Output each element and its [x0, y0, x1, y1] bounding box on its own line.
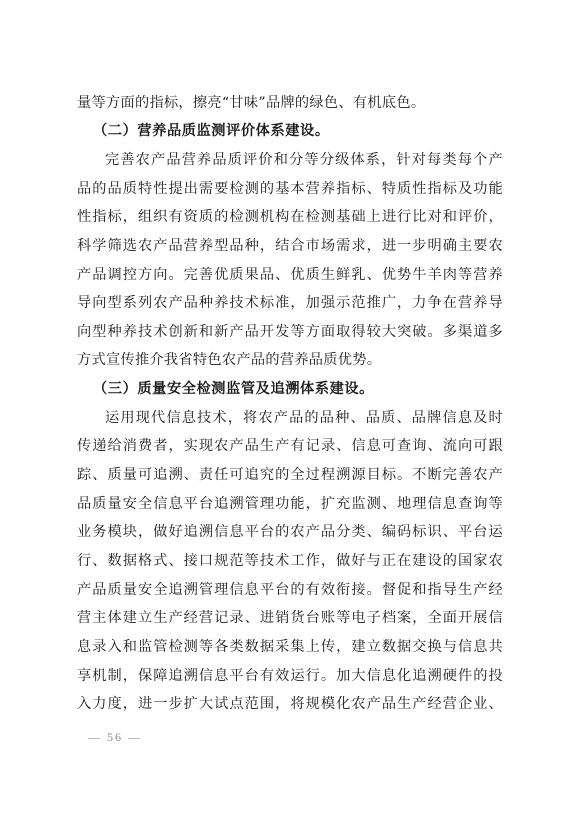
document-page: 量等方面的指标，擦亮“甘味”品牌的绿色、有机底色。 （二）营养品质监测评价体系建…	[0, 0, 578, 818]
text-line: 行、数据格式、接口规范等技术工作，做好与正在建设的国家农	[77, 550, 503, 572]
page-number: — 56 —	[88, 730, 142, 745]
text-line: 产品质量安全追溯管理信息平台的有效衔接。督促和指导生产经	[77, 579, 503, 601]
text-line: 科学筛选农产品营养型品种，结合市场需求，进一步明确主要农	[77, 235, 503, 257]
text-line: 享机制，保障追溯信息平台有效运行。加大信息化追溯硬件的投	[77, 665, 503, 687]
text-line: 导向型系列农产品种养技术标准，加强示范推广，力争在营养导	[77, 292, 503, 314]
text-line: 传递给消费者，实现农产品生产有记录、信息可查询、流向可跟	[77, 435, 503, 457]
text-line: 性指标，组织有资质的检测机构在检测基础上进行比对和评价，	[77, 206, 503, 228]
text-line: 营主体建立生产经营记录、进销货台账等电子档案，全面开展信	[77, 607, 503, 629]
paragraph-first-line: 完善农产品营养品质评价和分等分级体系，针对每类每个产	[105, 149, 503, 171]
paragraph-first-line: 运用现代信息技术，将农产品的品种、品质、品牌信息及时	[105, 407, 503, 429]
text-line: 品质量安全信息平台追溯管理功能，扩充监测、地理信息查询等	[77, 493, 503, 515]
text-line: 入力度，进一步扩大试点范围，将规模化农产品生产经营企业、	[77, 693, 503, 715]
text-line: 业务模块，做好追溯信息平台的农产品分类、编码标识、平台运	[77, 521, 503, 543]
section-heading-nutrition-quality: （二）营养品质监测评价体系建设。	[93, 120, 330, 142]
text-line: 向型种养技术创新和新产品开发等方面取得较大突破。多渠道多	[77, 321, 503, 343]
text-line: 方式宣传推介我省特色农产品的营养品质优势。	[77, 349, 503, 371]
text-line: 踪、质量可追溯、责任可追究的全过程溯源目标。不断完善农产	[77, 464, 503, 486]
text-line: 量等方面的指标，擦亮“甘味”品牌的绿色、有机底色。	[77, 92, 503, 114]
text-line: 息录入和监管检测等各类数据采集上传，建立数据交换与信息共	[77, 636, 503, 658]
text-line: 产品调控方向。完善优质果品、优质生鲜乳、优势牛羊肉等营养	[77, 264, 503, 286]
text-line: 品的品质特性提出需要检测的基本营养指标、特质性指标及功能	[77, 178, 503, 200]
section-heading-traceability: （三）质量安全检测监管及追溯体系建设。	[93, 378, 374, 400]
